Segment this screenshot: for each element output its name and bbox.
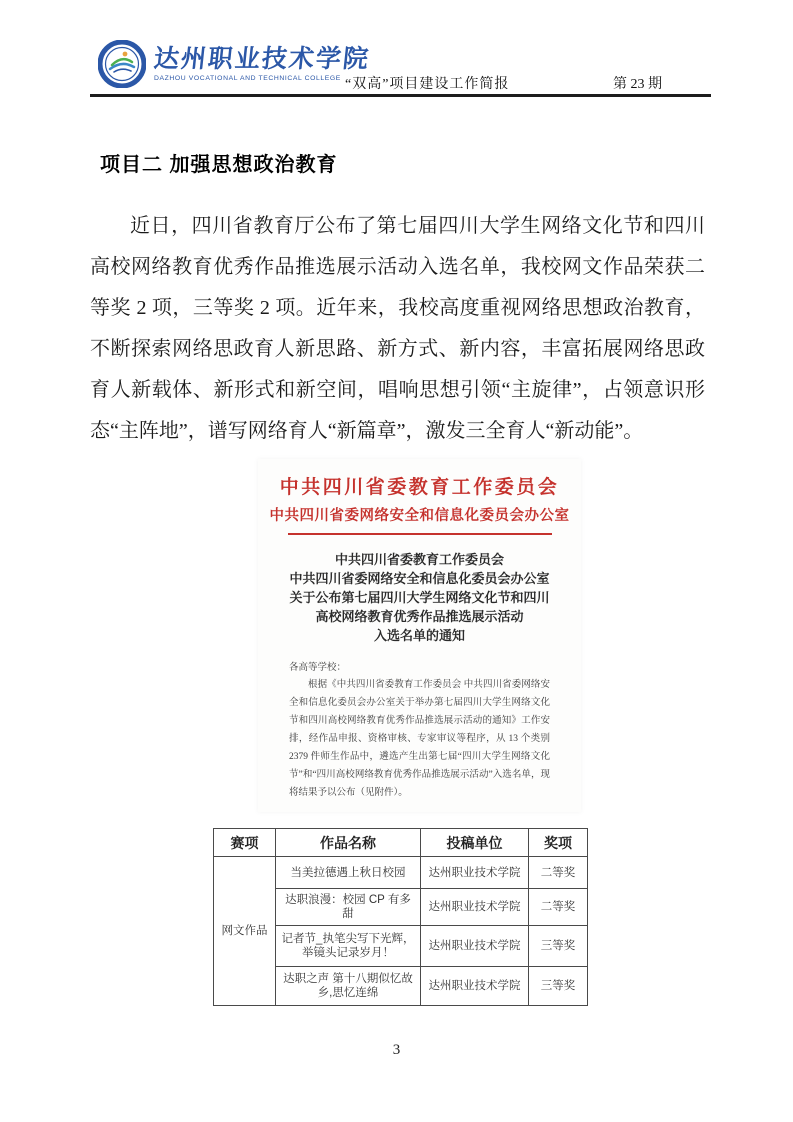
- award-cell: 二等奖: [529, 857, 588, 889]
- notice-salutation: 各高等学校：: [289, 659, 550, 673]
- work-name-cell: 达职之声 第十八期似忆故乡,思忆连绵: [276, 967, 421, 1006]
- notice-title: 中共四川省委教育工作委员会 中共四川省委网络安全和信息化委员会办公室 关于公布第…: [258, 550, 581, 645]
- page-number: 3: [0, 1042, 793, 1059]
- notice-title-line: 入选名单的通知: [258, 626, 581, 645]
- issue-number: 第 23 期: [613, 73, 662, 93]
- awards-table: 赛项 作品名称 投稿单位 奖项 网文作品 当美拉德遇上秋日校园 达州职业技术学院…: [213, 828, 588, 1006]
- work-name-cell: 达职浪漫：校园 CP 有多甜: [276, 889, 421, 926]
- unit-cell: 达州职业技术学院: [421, 857, 529, 889]
- award-cell: 三等奖: [529, 967, 588, 1006]
- notice-title-line: 中共四川省委网络安全和信息化委员会办公室: [258, 569, 581, 588]
- header-divider: [90, 94, 711, 97]
- notice-title-line: 关于公布第七届四川大学生网络文化节和四川: [258, 588, 581, 607]
- college-name-chinese: 达州职业技术学院: [153, 46, 372, 72]
- awards-table-header-row: 赛项 作品名称 投稿单位 奖项: [214, 829, 588, 857]
- column-header-work-name: 作品名称: [276, 829, 421, 857]
- notice-body-text: 根据《中共四川省委教育工作委员会 中共四川省委网络安全和信息化委员会办公室关于举…: [289, 676, 550, 802]
- unit-cell: 达州职业技术学院: [421, 967, 529, 1006]
- page-header-logo-block: 达州职业技术学院 DAZHOU VOCATIONAL AND TECHNICAL…: [98, 40, 370, 88]
- category-cell: 网文作品: [214, 857, 276, 1006]
- college-name-block: 达州职业技术学院 DAZHOU VOCATIONAL AND TECHNICAL…: [154, 46, 370, 82]
- article-paragraph: 近日，四川省教育厅公布了第七届四川大学生网络文化节和四川高校网络教育优秀作品推选…: [90, 206, 705, 452]
- document-page: 达州职业技术学院 DAZHOU VOCATIONAL AND TECHNICAL…: [0, 0, 793, 1122]
- notice-title-line: 中共四川省委教育工作委员会: [258, 550, 581, 569]
- column-header-award: 奖项: [529, 829, 588, 857]
- unit-cell: 达州职业技术学院: [421, 926, 529, 967]
- table-row: 网文作品 当美拉德遇上秋日校园 达州职业技术学院 二等奖: [214, 857, 588, 889]
- work-name-cell: 当美拉德遇上秋日校园: [276, 857, 421, 889]
- section-heading: 项目二 加强思想政治教育: [100, 148, 338, 177]
- college-name-english: DAZHOU VOCATIONAL AND TECHNICAL COLLEGE: [154, 75, 370, 82]
- notice-letterhead-line2: 中共四川省委网络安全和信息化委员会办公室: [258, 504, 581, 525]
- work-name-cell: 记者节_执笔尖写下光辉，举镜头记录岁月！: [276, 926, 421, 967]
- column-header-category: 赛项: [214, 829, 276, 857]
- column-header-unit: 投稿单位: [421, 829, 529, 857]
- notice-scan-image: 中共四川省委教育工作委员会 中共四川省委网络安全和信息化委员会办公室 中共四川省…: [258, 459, 581, 812]
- award-cell: 二等奖: [529, 889, 588, 926]
- college-emblem-icon: [98, 40, 146, 88]
- award-cell: 三等奖: [529, 926, 588, 967]
- notice-red-divider: [288, 533, 552, 535]
- notice-title-line: 高校网络教育优秀作品推选展示活动: [258, 607, 581, 626]
- unit-cell: 达州职业技术学院: [421, 889, 529, 926]
- notice-letterhead-line1: 中共四川省委教育工作委员会: [258, 472, 581, 499]
- bulletin-title: “双高”项目建设工作简报: [345, 73, 509, 93]
